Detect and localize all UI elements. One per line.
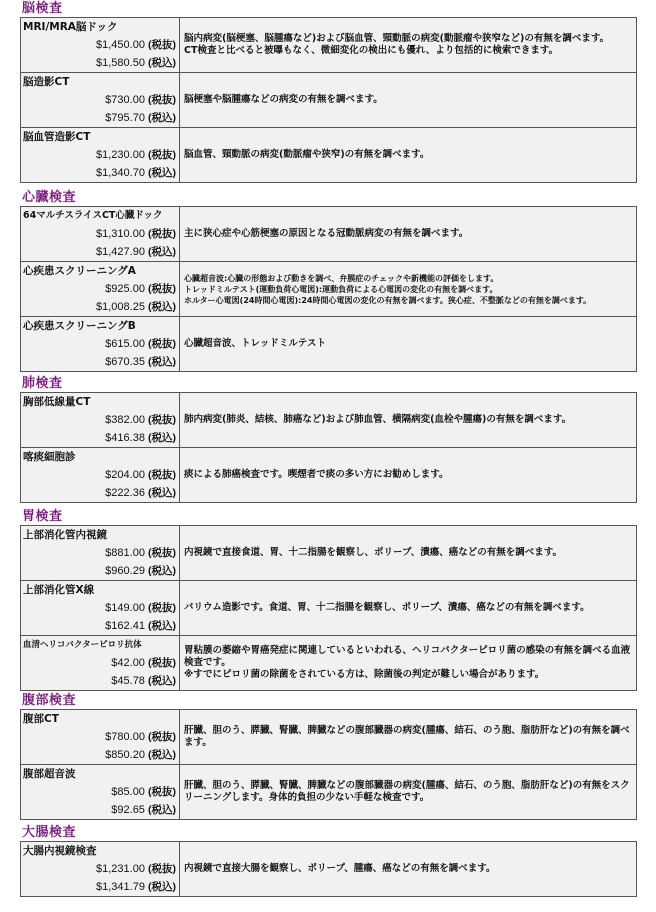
exam-description: 肺内病変(肺炎、結核、肺癌など)および肺血管、横隔病変(血栓や腫瘍)の有無を調べ… — [180, 393, 637, 448]
table-row: 脳血管造影CT $1,230.00 (税抜) $1,340.70 (税込) 脳血… — [21, 128, 637, 183]
exam-description: 脳内病変(脳梗塞、脳腫瘍など)および脳血管、頸動脈の病変(動脈瘤や狭窄など)の有… — [180, 18, 637, 73]
exam-name: 上部消化管内視鏡 — [21, 526, 179, 544]
exam-name: 腹部超音波 — [21, 765, 179, 783]
price-incl-tax: $960.29 (税込) — [21, 562, 179, 580]
exam-price-cell: 心疾患スクリーニングB $615.00 (税抜) $670.35 (税込) — [21, 317, 180, 372]
exam-price-cell: 上部消化管X線 $149.00 (税抜) $162.41 (税込) — [21, 581, 180, 636]
exam-name: 血清ヘリコバクターピロリ抗体 — [21, 636, 179, 654]
price-incl-tax: $795.70 (税込) — [21, 109, 179, 127]
exam-name: 心疾患スクリーニングA — [21, 262, 179, 280]
price-excl-tax: $730.00 (税抜) — [21, 91, 179, 109]
exam-name: 64マルチスライスCT心臓ドック — [21, 207, 179, 225]
exam-description: 心臓超音波:心臓の形態および動きを調べ、弁膜症のチェックや新機能の評価をします。… — [180, 262, 637, 317]
exam-description: 痰による肺癌検査です。喫煙者で痰の多い方にお勧めします。 — [180, 448, 637, 503]
price-incl-tax: $92.65 (税込) — [21, 801, 179, 819]
price-incl-tax: $1,341.79 (税込) — [21, 878, 179, 896]
table-row: 64マルチスライスCT心臓ドック $1,310.00 (税抜) $1,427.9… — [21, 207, 637, 262]
exam-table: MRI/MRA脳ドック $1,450.00 (税抜) $1,580.50 (税込… — [20, 17, 637, 183]
exam-description: 肝臓、胆のう、膵臓、腎臓、脾臓などの腹部臓器の病変(腫瘍、結石、のう胞、脂肪肝な… — [180, 710, 637, 765]
price-incl-tax: $416.38 (税込) — [21, 429, 179, 447]
exam-name: 脳造影CT — [21, 73, 179, 91]
exam-price-cell: 腹部超音波 $85.00 (税抜) $92.65 (税込) — [21, 765, 180, 820]
table-row: 胸部低線量CT $382.00 (税抜) $416.38 (税込) 肺内病変(肺… — [21, 393, 637, 448]
section-stomach: 胃検査 上部消化管内視鏡 $881.00 (税抜) $960.29 (税込) 内… — [20, 508, 637, 691]
section-title: 脳検査 — [20, 0, 637, 17]
price-excl-tax: $85.00 (税抜) — [21, 783, 179, 801]
exam-description: 脳血管、頸動脈の病変(動脈瘤や狭窄)の有無を調べます。 — [180, 128, 637, 183]
table-row: 脳造影CT $730.00 (税抜) $795.70 (税込) 脳梗塞や脳腫瘍な… — [21, 73, 637, 128]
exam-name: 大腸内視鏡検査 — [21, 842, 179, 860]
section-colon: 大腸検査 大腸内視鏡検査 $1,231.00 (税抜) $1,341.79 (税… — [20, 824, 637, 897]
table-row: 大腸内視鏡検査 $1,231.00 (税抜) $1,341.79 (税込) 内視… — [21, 842, 637, 897]
section-title: 心臓検査 — [20, 189, 637, 206]
exam-name: MRI/MRA脳ドック — [21, 18, 179, 36]
price-excl-tax: $780.00 (税抜) — [21, 728, 179, 746]
price-excl-tax: $925.00 (税抜) — [21, 280, 179, 298]
exam-name: 腹部CT — [21, 710, 179, 728]
price-excl-tax: $1,310.00 (税抜) — [21, 225, 179, 243]
exam-name: 胸部低線量CT — [21, 393, 179, 411]
exam-price-cell: 喀痰細胞診 $204.00 (税抜) $222.36 (税込) — [21, 448, 180, 503]
price-excl-tax: $382.00 (税抜) — [21, 411, 179, 429]
section-title: 大腸検査 — [20, 824, 637, 841]
exam-table: 上部消化管内視鏡 $881.00 (税抜) $960.29 (税込) 内視鏡で直… — [20, 525, 637, 691]
exam-price-cell: 脳血管造影CT $1,230.00 (税抜) $1,340.70 (税込) — [21, 128, 180, 183]
price-incl-tax: $162.41 (税込) — [21, 617, 179, 635]
table-row: 心疾患スクリーニングB $615.00 (税抜) $670.35 (税込) 心臓… — [21, 317, 637, 372]
price-incl-tax: $850.20 (税込) — [21, 746, 179, 764]
section-lung: 肺検査 胸部低線量CT $382.00 (税抜) $416.38 (税込) 肺内… — [20, 375, 637, 503]
price-incl-tax: $1,008.25 (税込) — [21, 298, 179, 316]
exam-table: 大腸内視鏡検査 $1,231.00 (税抜) $1,341.79 (税込) 内視… — [20, 841, 637, 897]
exam-name: 喀痰細胞診 — [21, 448, 179, 466]
exam-name: 心疾患スクリーニングB — [21, 317, 179, 335]
exam-price-cell: 腹部CT $780.00 (税抜) $850.20 (税込) — [21, 710, 180, 765]
price-incl-tax: $1,580.50 (税込) — [21, 54, 179, 72]
exam-table: 64マルチスライスCT心臓ドック $1,310.00 (税抜) $1,427.9… — [20, 206, 637, 372]
price-incl-tax: $222.36 (税込) — [21, 484, 179, 502]
exam-description: 心臓超音波、トレッドミルテスト — [180, 317, 637, 372]
section-abdomen: 腹部検査 腹部CT $780.00 (税抜) $850.20 (税込) 肝臓、胆… — [20, 692, 637, 820]
table-row: 心疾患スクリーニングA $925.00 (税抜) $1,008.25 (税込) … — [21, 262, 637, 317]
exam-price-cell: 大腸内視鏡検査 $1,231.00 (税抜) $1,341.79 (税込) — [21, 842, 180, 897]
exam-description: 肝臓、胆のう、膵臓、腎臓、脾臓などの腹部臓器の病変(腫瘍、結石、のう胞、脂肪肝な… — [180, 765, 637, 820]
price-excl-tax: $42.00 (税抜) — [21, 654, 179, 672]
exam-table: 腹部CT $780.00 (税抜) $850.20 (税込) 肝臓、胆のう、膵臓… — [20, 709, 637, 820]
exam-description: 内視鏡で直接大腸を観察し、ポリープ、腫瘍、癌などの有無を調べます。 — [180, 842, 637, 897]
exam-price-cell: 上部消化管内視鏡 $881.00 (税抜) $960.29 (税込) — [21, 526, 180, 581]
exam-price-cell: 心疾患スクリーニングA $925.00 (税抜) $1,008.25 (税込) — [21, 262, 180, 317]
price-excl-tax: $1,230.00 (税抜) — [21, 146, 179, 164]
table-row: 腹部超音波 $85.00 (税抜) $92.65 (税込) 肝臓、胆のう、膵臓、… — [21, 765, 637, 820]
exam-description: 内視鏡で直接食道、胃、十二指腸を観察し、ポリープ、潰瘍、癌などの有無を調べます。 — [180, 526, 637, 581]
exam-price-cell: 胸部低線量CT $382.00 (税抜) $416.38 (税込) — [21, 393, 180, 448]
exam-price-cell: 64マルチスライスCT心臓ドック $1,310.00 (税抜) $1,427.9… — [21, 207, 180, 262]
section-brain: 脳検査 MRI/MRA脳ドック $1,450.00 (税抜) $1,580.50… — [20, 0, 637, 183]
exam-description: 胃粘膜の萎縮や胃癌発症に関連しているといわれる、ヘリコバクターピロリ菌の感染の有… — [180, 636, 637, 691]
section-heart: 心臓検査 64マルチスライスCT心臓ドック $1,310.00 (税抜) $1,… — [20, 189, 637, 372]
section-title: 胃検査 — [20, 508, 637, 525]
table-row: 喀痰細胞診 $204.00 (税抜) $222.36 (税込) 痰による肺癌検査… — [21, 448, 637, 503]
section-title: 腹部検査 — [20, 692, 637, 709]
table-row: 上部消化管X線 $149.00 (税抜) $162.41 (税込) バリウム造影… — [21, 581, 637, 636]
table-row: 血清ヘリコバクターピロリ抗体 $42.00 (税抜) $45.78 (税込) 胃… — [21, 636, 637, 691]
price-excl-tax: $615.00 (税抜) — [21, 335, 179, 353]
table-row: 上部消化管内視鏡 $881.00 (税抜) $960.29 (税込) 内視鏡で直… — [21, 526, 637, 581]
table-row: 腹部CT $780.00 (税抜) $850.20 (税込) 肝臓、胆のう、膵臓… — [21, 710, 637, 765]
exam-description: バリウム造影です。食道、胃、十二指腸を観察し、ポリープ、潰瘍、癌などの有無を調べ… — [180, 581, 637, 636]
price-excl-tax: $204.00 (税抜) — [21, 466, 179, 484]
exam-price-cell: 血清ヘリコバクターピロリ抗体 $42.00 (税抜) $45.78 (税込) — [21, 636, 180, 691]
price-excl-tax: $149.00 (税抜) — [21, 599, 179, 617]
exam-price-cell: 脳造影CT $730.00 (税抜) $795.70 (税込) — [21, 73, 180, 128]
exam-description: 主に狭心症や心筋梗塞の原因となる冠動脈病変の有無を調べます。 — [180, 207, 637, 262]
price-incl-tax: $45.78 (税込) — [21, 672, 179, 690]
price-excl-tax: $881.00 (税抜) — [21, 544, 179, 562]
exam-price-cell: MRI/MRA脳ドック $1,450.00 (税抜) $1,580.50 (税込… — [21, 18, 180, 73]
price-incl-tax: $670.35 (税込) — [21, 353, 179, 371]
exam-table: 胸部低線量CT $382.00 (税抜) $416.38 (税込) 肺内病変(肺… — [20, 392, 637, 503]
section-title: 肺検査 — [20, 375, 637, 392]
exam-name: 脳血管造影CT — [21, 128, 179, 146]
price-incl-tax: $1,340.70 (税込) — [21, 164, 179, 182]
exam-name: 上部消化管X線 — [21, 581, 179, 599]
table-row: MRI/MRA脳ドック $1,450.00 (税抜) $1,580.50 (税込… — [21, 18, 637, 73]
price-incl-tax: $1,427.90 (税込) — [21, 243, 179, 261]
price-excl-tax: $1,450.00 (税抜) — [21, 36, 179, 54]
price-excl-tax: $1,231.00 (税抜) — [21, 860, 179, 878]
exam-description: 脳梗塞や脳腫瘍などの病変の有無を調べます。 — [180, 73, 637, 128]
